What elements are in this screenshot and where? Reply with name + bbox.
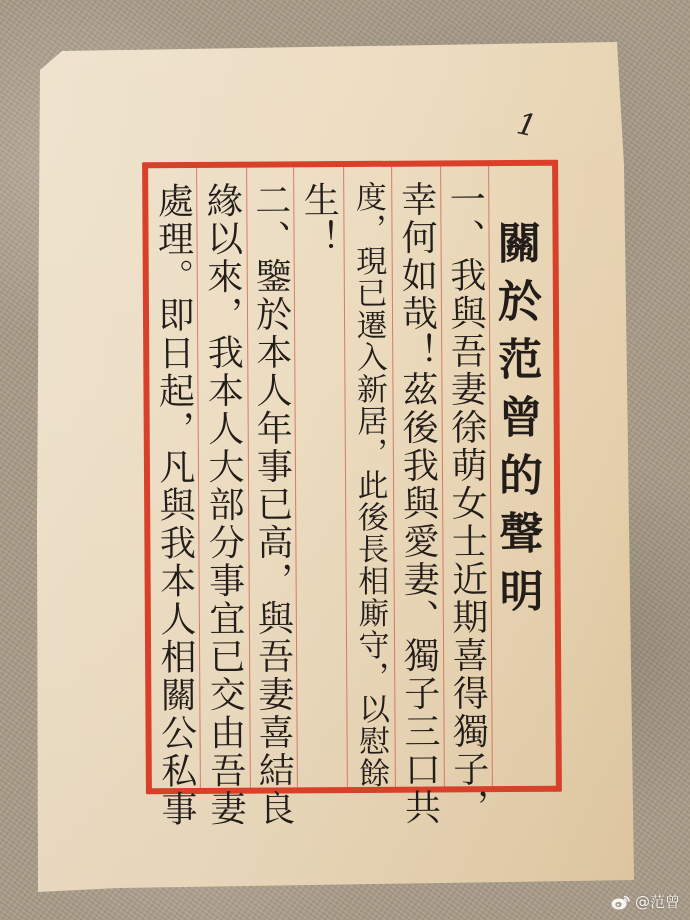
text-column-7: 處理。即日起，凡與我本人相關公私事 xyxy=(148,182,200,782)
text-column-4: 生！ xyxy=(293,181,347,781)
text-column-6: 緣以來，我本人大部分事宜已交由吾妻 xyxy=(196,182,250,782)
weibo-watermark: @范曾 xyxy=(611,891,680,912)
text-column-1: 一、我與吾妻徐萌女士近期喜得獨子， xyxy=(440,180,492,780)
document-photo: 1 關於范曾的聲明 一、我與吾妻徐萌女士近期喜得獨子， 幸何如哉！茲後我與愛妻、… xyxy=(0,0,690,920)
title-column: 關於范曾的聲明 xyxy=(488,180,544,780)
column-text: 一、我與吾妻徐萌女士近期喜得獨子， xyxy=(446,180,486,826)
weibo-icon xyxy=(611,894,631,910)
document-title: 關於范曾的聲明 xyxy=(492,220,538,626)
text-column-2: 幸何如哉！茲後我與愛妻、獨子三口共 xyxy=(391,180,444,780)
text-column-5: 二、鑒於本人年事已高，與吾妻喜結良 xyxy=(246,181,297,781)
column-text: 生！ xyxy=(300,181,336,257)
column-text: 處理。即日起，凡與我本人相關公私事 xyxy=(154,182,194,828)
column-text: 度，現已遷入新居，此後長相廝守，以慰餘 xyxy=(352,181,387,789)
column-grid: 關於范曾的聲明 一、我與吾妻徐萌女士近期喜得獨子， 幸何如哉！茲後我與愛妻、獨子… xyxy=(148,166,556,788)
column-text: 緣以來，我本人大部分事宜已交由吾妻 xyxy=(203,182,243,828)
text-column-3: 度，現已遷入新居，此後長相廝守，以慰餘 xyxy=(343,181,395,781)
column-text: 幸何如哉！茲後我與愛妻、獨子三口共 xyxy=(398,180,438,826)
red-border-frame: 關於范曾的聲明 一、我與吾妻徐萌女士近期喜得獨子， 幸何如哉！茲後我與愛妻、獨子… xyxy=(142,160,562,795)
watermark-text: @范曾 xyxy=(635,891,680,912)
column-text: 二、鑒於本人年事已高，與吾妻喜結良 xyxy=(252,181,292,827)
